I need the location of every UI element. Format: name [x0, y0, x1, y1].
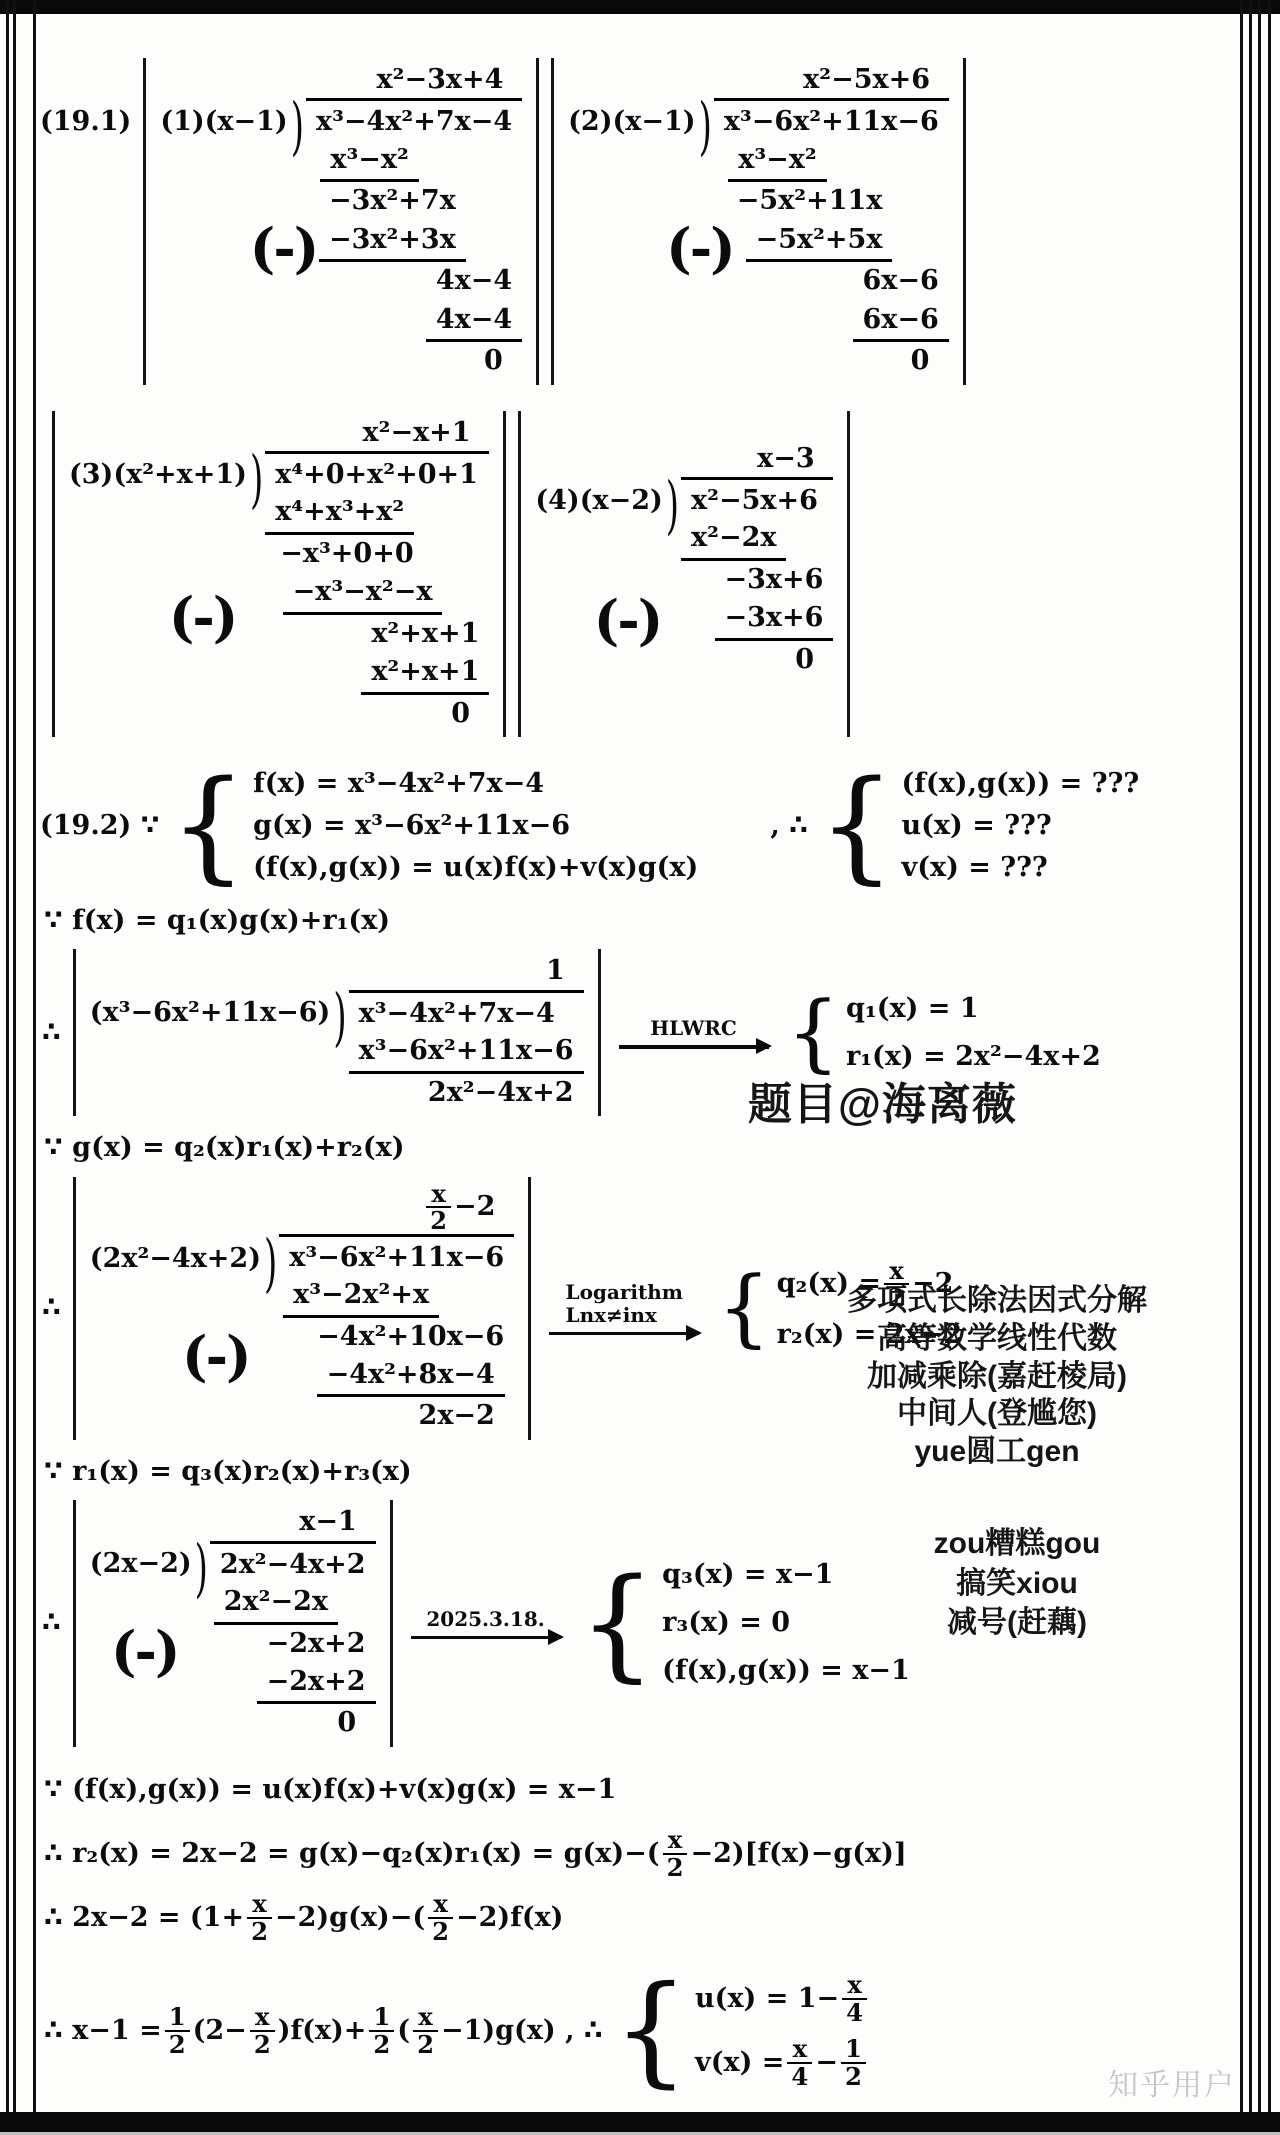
vertical-rule	[73, 949, 76, 1116]
given-line: (f(x),g(x)) = u(x)f(x)+v(x)g(x)	[253, 847, 698, 889]
arrow-labels: 2025.3.18.	[426, 1608, 544, 1631]
division-step: 2x²−4x+2	[418, 1074, 584, 1112]
closing-equation: ∵ (f(x),g(x)) = u(x)f(x)+v(x)g(x) = x−1	[44, 1761, 1230, 1819]
vertical-rule	[963, 58, 966, 385]
keyword-note-line: zou糟糕gou	[852, 1524, 1182, 1564]
vertical-rule	[551, 58, 554, 385]
sought-line: v(x) = ???	[902, 847, 1140, 889]
implies-arrow: LogarithmLnx≠inx	[549, 1281, 699, 1336]
left-brace: {	[170, 772, 248, 879]
vertical-rule	[390, 1500, 393, 1747]
keyword-note-line: yue圆工gen	[762, 1433, 1232, 1471]
credit-annotation: 题目@海离薇	[748, 1068, 1017, 1132]
implies-arrow: HLWRC	[619, 1017, 769, 1049]
vertical-rule	[598, 949, 601, 1116]
division-step: −4x²+10x−6	[307, 1318, 514, 1356]
division-step: −5x²+5x	[746, 221, 893, 262]
implies-arrow: 2025.3.18.	[411, 1608, 561, 1640]
vertical-rule	[847, 411, 850, 738]
therefore-connector: , ∴	[770, 808, 808, 844]
vertical-rule	[52, 411, 55, 738]
result-system-q1: { q₁(x) = 1r₁(x) = 2x²−4x+2	[787, 985, 1101, 1081]
division-step: −2x+2	[257, 1663, 376, 1704]
uv-system: { u(x) = 1−x4v(x) = x4−12	[613, 1967, 870, 2095]
closing-equation: ∴ 2x−2 = (1+x2−2)g(x)−(x2−2)f(x)	[44, 1889, 1230, 1947]
arrow-labels: LogarithmLnx≠inx	[566, 1281, 683, 1327]
division-bracket-icon: )	[333, 987, 346, 1050]
division-step: −2x+2	[257, 1625, 376, 1663]
division-row-q1: ∴ (x³−6x²+11x−6)) 1 x³−4x²+7x−4 x³−6x²+1…	[42, 949, 1230, 1116]
division-quotient: x−3	[757, 441, 815, 477]
left-brace: {	[787, 996, 840, 1070]
division-quotient: x2−2	[423, 1181, 495, 1234]
page-border-line	[13, 0, 16, 2135]
arrow-shaft-icon	[411, 1636, 561, 1640]
vertical-rule	[73, 1177, 76, 1440]
division-divisor: (2x−2)	[90, 1546, 192, 1582]
arrow-shaft-icon	[619, 1045, 769, 1049]
division-step: −3x²+7x	[319, 182, 466, 220]
page-border-line	[6, 0, 9, 2135]
division-step: 6x−6	[853, 301, 949, 342]
division-divisor: (1)(x−1)	[160, 104, 287, 140]
division-step: 4x−4	[426, 301, 522, 342]
sought-system: { (f(x),g(x)) = ???u(x) = ???v(x) = ???	[818, 763, 1139, 889]
photo-top-edge	[0, 0, 1280, 14]
division-steps: x³−x²−3x²+7x−3x²+3x4x−44x−40	[306, 141, 522, 381]
therefore-symbol: ∴	[42, 1605, 61, 1641]
keyword-note-line: 搞笑xiou	[852, 1564, 1182, 1604]
division-divisor: (x³−6x²+11x−6)	[90, 995, 331, 1031]
division-step: −x³−x²−x	[283, 573, 443, 614]
division-dividend: x⁴+0+x²+0+1	[265, 451, 489, 493]
page-border-line	[1258, 0, 1261, 2135]
division-quotient: x²−5x+6	[803, 62, 930, 98]
keyword-note-line: 多项式长除法因式分解	[762, 1282, 1232, 1320]
left-brace: {	[818, 772, 896, 879]
division-step: x³−x²	[320, 141, 418, 182]
section-19-1-label: (19.1)	[40, 104, 131, 140]
keyword-notes-block-2: zou糟糕gou搞笑xiou减号(赶藕)	[852, 1524, 1182, 1643]
worksheet-page: (19.1) (-) (1)(x−1)) x²−3x+4 x³−4x²+7x−4…	[0, 0, 1280, 2135]
division-step: 6x−6	[853, 262, 949, 300]
vertical-rule	[518, 411, 521, 738]
division-step: 0	[441, 695, 480, 733]
left-brace: {	[613, 1978, 689, 2084]
vertical-rule	[536, 58, 539, 385]
division-dividend: x³−6x²+11x−6	[279, 1234, 514, 1276]
division-step: −3x+6	[715, 599, 834, 640]
division-step: 0	[474, 342, 513, 380]
uv-line: u(x) = 1−x4	[695, 1967, 870, 2031]
sought-line: u(x) = ???	[902, 805, 1140, 847]
division-step: x³−2x²+x	[283, 1276, 439, 1317]
therefore-symbol: ∴	[42, 1015, 61, 1051]
keyword-note-line: 加减乘除(嘉赶棱局)	[762, 1358, 1232, 1396]
subtraction-marker: (-)	[250, 221, 318, 275]
sought-line: (f(x),g(x)) = ???	[902, 763, 1140, 805]
division-bracket-icon: )	[264, 1233, 277, 1296]
section-19-2-label: (19.2) ∵	[40, 808, 160, 844]
keyword-note-line: 减号(赶藕)	[852, 1603, 1182, 1643]
equation-g-decomposition: ∵ g(x) = q₂(x)r₁(x)+r₂(x)	[44, 1130, 1230, 1166]
division-step: 0	[901, 342, 940, 380]
left-brace: {	[579, 1570, 657, 1677]
division-step: −4x²+8x−4	[317, 1356, 505, 1397]
division-quotient: x²−3x+4	[377, 62, 504, 98]
result-line: (f(x),g(x)) = x−1	[662, 1648, 910, 1696]
division-bracket-icon: )	[666, 474, 679, 537]
division-step: 2x²−2x	[214, 1583, 338, 1624]
long-division-q3: (-) (2x−2)) x−1 2x²−4x+2 2x²−2x−2x+2−2x+…	[88, 1500, 378, 1747]
division-bracket-icon: )	[195, 1538, 208, 1601]
given-line: g(x) = x³−6x²+11x−6	[253, 805, 698, 847]
final-answer-row: ∴ x−1 = 12(2−x2)f(x)+12(x2−1)g(x) , ∴ { …	[44, 1967, 1230, 2095]
page-border-line	[1268, 0, 1271, 2135]
section-19-2-header: (19.2) ∵ { f(x) = x³−4x²+7x−4g(x) = x³−6…	[40, 763, 1230, 889]
division-bracket-icon: )	[250, 448, 263, 511]
division-divisor: (2)(x−1)	[568, 104, 695, 140]
vertical-rule	[503, 411, 506, 738]
page-border-line	[1240, 0, 1243, 2135]
division-dividend: 2x²−4x+2	[210, 1541, 376, 1583]
division-quotient: x²−x+1	[363, 415, 471, 451]
photo-bottom-edge	[0, 2112, 1280, 2132]
sought-lines: (f(x),g(x)) = ???u(x) = ???v(x) = ???	[902, 763, 1140, 889]
vertical-rule	[143, 58, 146, 385]
division-steps: x²−2x−3x+6−3x+60	[681, 519, 833, 679]
final-answer-equation: ∴ x−1 = 12(2−x2)f(x)+12(x2−1)g(x) , ∴	[44, 2004, 603, 2057]
long-division-q2: (-) (2x²−4x+2)) x2−2 x³−6x²+11x−6 x³−2x²…	[88, 1177, 516, 1440]
given-system: { f(x) = x³−4x²+7x−4g(x) = x³−6x²+11x−6(…	[170, 763, 699, 889]
division-steps: x³−x²−5x²+11x−5x²+5x6x−66x−60	[714, 141, 949, 381]
keyword-note-line: 中间人(登尴您)	[762, 1395, 1232, 1433]
division-step: x²+x+1	[361, 615, 489, 653]
division-dividend: x³−6x²+11x−6	[714, 98, 949, 140]
division-bracket-icon: )	[291, 96, 304, 159]
given-lines: f(x) = x³−4x²+7x−4g(x) = x³−6x²+11x−6(f(…	[253, 763, 698, 889]
closing-equations: ∵ (f(x),g(x)) = u(x)f(x)+v(x)g(x) = x−1∴…	[40, 1761, 1230, 1947]
given-line: f(x) = x³−4x²+7x−4	[253, 763, 698, 805]
division-dividend: x³−4x²+7x−4	[349, 990, 584, 1032]
division-step: 4x−4	[426, 262, 522, 300]
keyword-notes-block: 多项式长除法因式分解高等数学线性代数加减乘除(嘉赶棱局)中间人(登尴您)yue圆…	[762, 1282, 1232, 1471]
division-step: x²+x+1	[361, 653, 489, 694]
worksheet-content: (19.1) (-) (1)(x−1)) x²−3x+4 x³−4x²+7x−4…	[40, 58, 1230, 2095]
division-divisor: (2x²−4x+2)	[90, 1241, 261, 1277]
long-division-q1: (x³−6x²+11x−6)) 1 x³−4x²+7x−4 x³−6x²+11x…	[88, 949, 586, 1116]
division-step: −3x+6	[715, 561, 834, 599]
division-steps: x³−2x²+x−4x²+10x−6−4x²+8x−42x−2	[279, 1276, 514, 1436]
equation-f-decomposition: ∵ f(x) = q₁(x)g(x)+r₁(x)	[44, 903, 1230, 939]
subtraction-marker: (-)	[111, 1624, 179, 1678]
uv-lines: u(x) = 1−x4v(x) = x4−12	[695, 1967, 870, 2095]
vertical-rule	[73, 1500, 76, 1747]
zhihu-user-watermark: 知乎用户	[1108, 2060, 1236, 2104]
division-divisor: (4)(x−2)	[535, 483, 662, 519]
arrow-labels: HLWRC	[650, 1017, 737, 1040]
division-divisor: (3)(x²+x+1)	[69, 457, 247, 493]
division-steps: x⁴+x³+x²−x³+0+0−x³−x²−xx²+x+1x²+x+10	[265, 493, 489, 733]
long-division-problem-1: (-) (1)(x−1)) x²−3x+4 x³−4x²+7x−4 x³−x²−…	[158, 58, 524, 385]
division-dividend: x³−4x²+7x−4	[306, 98, 522, 140]
arrow-label: 2025.3.18.	[426, 1608, 544, 1631]
division-step: x³−x²	[728, 141, 826, 182]
subtraction-marker: (-)	[666, 221, 734, 275]
vertical-rule	[528, 1177, 531, 1440]
keyword-note-line: 高等数学线性代数	[762, 1320, 1232, 1358]
long-division-problem-3: (-) (3)(x²+x+1)) x²−x+1 x⁴+0+x²+0+1 x⁴+x…	[67, 411, 491, 738]
section-19-1-row-2: (-) (3)(x²+x+1)) x²−x+1 x⁴+0+x²+0+1 x⁴+x…	[52, 411, 1230, 738]
closing-equation: ∴ r₂(x) = 2x−2 = g(x)−q₂(x)r₁(x) = g(x)−…	[44, 1825, 1230, 1883]
result-line: q₁(x) = 1	[846, 985, 1101, 1033]
division-steps: x³−6x²+11x−62x²−4x+2	[349, 1032, 584, 1112]
division-step: x⁴+x³+x²	[265, 493, 414, 534]
division-quotient: 1	[546, 953, 565, 989]
uv-line: v(x) = x4−12	[695, 2031, 870, 2095]
division-quotient: x−1	[299, 1504, 357, 1540]
division-step: −5x²+11x	[727, 182, 893, 220]
arrow-label: Lnx≠inx	[566, 1304, 683, 1327]
division-step: 0	[327, 1704, 366, 1742]
subtraction-marker: (-)	[182, 1329, 250, 1383]
arrow-label: HLWRC	[650, 1017, 737, 1040]
therefore-symbol: ∴	[42, 1290, 61, 1326]
arrow-shaft-icon	[549, 1332, 699, 1336]
division-dividend: x²−5x+6	[681, 477, 833, 519]
division-step: −3x²+3x	[319, 221, 466, 262]
result-lines: q₁(x) = 1r₁(x) = 2x²−4x+2	[846, 985, 1101, 1081]
section-19-1-row-1: (19.1) (-) (1)(x−1)) x²−3x+4 x³−4x²+7x−4…	[40, 58, 1230, 385]
long-division-problem-2: (-) (2)(x−1)) x²−5x+6 x³−6x²+11x−6 x³−x²…	[566, 58, 951, 385]
page-border-line	[1249, 0, 1252, 2135]
page-border-line	[33, 0, 36, 2135]
division-step: 2x−2	[409, 1397, 505, 1435]
division-step: x²−2x	[681, 519, 786, 560]
division-step: x³−6x²+11x−6	[349, 1032, 584, 1073]
long-division-problem-4: (-) (4)(x−2)) x−3 x²−5x+6 x²−2x−3x+6−3x+…	[533, 437, 835, 738]
division-bracket-icon: )	[699, 96, 712, 159]
arrow-label: Logarithm	[566, 1281, 683, 1304]
division-step: 0	[785, 641, 824, 679]
division-step: −x³+0+0	[270, 535, 423, 573]
subtraction-marker: (-)	[594, 593, 662, 647]
division-steps: 2x²−2x−2x+2−2x+20	[210, 1583, 376, 1743]
subtraction-marker: (-)	[169, 590, 237, 644]
